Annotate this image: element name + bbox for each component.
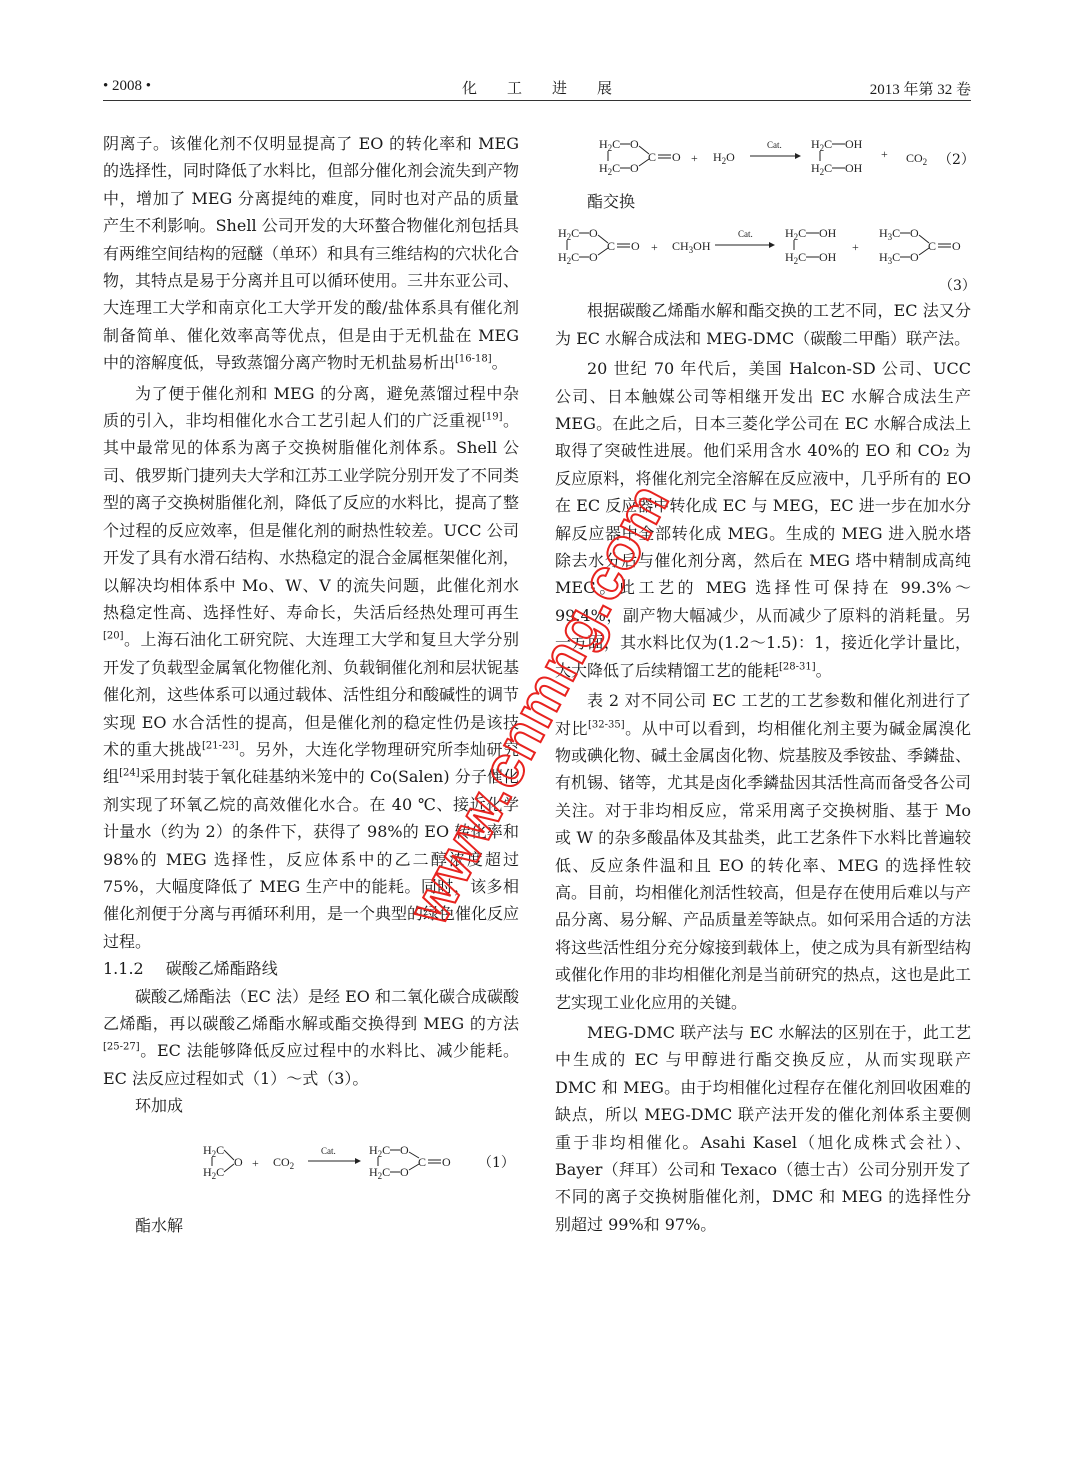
citation: [19] <box>482 412 503 423</box>
svg-text:H2C: H2C <box>785 226 806 242</box>
equation-number: （1） <box>478 1150 515 1177</box>
svg-text:Cat.: Cat. <box>321 1146 336 1156</box>
svg-text:O: O <box>631 239 640 253</box>
svg-text:CH3OH: CH3OH <box>672 239 711 255</box>
volume-info: 2013 年第 32 卷 <box>870 78 971 99</box>
svg-text:O: O <box>952 239 961 253</box>
paragraph-continued: 阴离子。该催化剂不仅明显提高了 EO 的转化率和 MEG 的选择性，同时降低了水… <box>103 130 519 377</box>
svg-text:H2C: H2C <box>203 1143 224 1159</box>
paragraph-ec-split: 根据碳酸乙烯酯水解和酯交换的工艺不同，EC 法又分为 EC 水解合成法和 MEG… <box>555 297 971 352</box>
paragraph-ec-method: 碳酸乙烯酯法（EC 法）是经 EO 和二氧化碳合成碳酸乙烯酯，再以碳酸乙烯酯水解… <box>103 983 519 1093</box>
svg-text:OH: OH <box>819 226 837 240</box>
hydrolysis-reaction-diagram: H2C H2C O O C O + H2O Cat. H2C H2C OH OH <box>555 130 971 186</box>
left-column: 阴离子。该催化剂不仅明显提高了 EO 的转化率和 MEG 的选择性，同时降低了水… <box>103 130 519 1239</box>
label-hydrolysis: 酯水解 <box>103 1212 519 1239</box>
svg-text:O: O <box>589 226 598 240</box>
svg-text:O: O <box>234 1155 243 1169</box>
svg-text:Cat.: Cat. <box>767 140 782 150</box>
citation: [25-27] <box>103 1042 140 1053</box>
svg-text:O: O <box>400 1165 409 1179</box>
label-cycloaddition: 环加成 <box>103 1092 519 1119</box>
svg-text:H2C: H2C <box>785 250 806 266</box>
right-column: H2C H2C O O C O + H2O Cat. H2C H2C OH OH <box>555 130 971 1238</box>
equation-3: H2C H2C O O C O + CH3OH Cat. H2C H2C OH … <box>555 215 971 293</box>
svg-text:O: O <box>400 1143 409 1157</box>
svg-text:H2C: H2C <box>811 137 832 153</box>
paragraph-text: 。从中可以看到，均相催化剂主要为碱金属溴化物或碘化物、碱土金属卤化物、烷基胺及季… <box>555 719 971 1012</box>
citation: [28-31] <box>779 661 816 672</box>
svg-text:H3C: H3C <box>879 226 900 242</box>
citation: [20] <box>103 631 124 642</box>
cycloaddition-reaction-diagram: H2C H2C O + CO2 Cat. H2C H2C O O C O <box>103 1130 519 1190</box>
svg-text:C: C <box>928 239 936 253</box>
svg-text:OH: OH <box>845 161 863 175</box>
svg-text:+: + <box>691 151 698 165</box>
punctuation: 。 <box>492 353 508 372</box>
svg-text:+: + <box>252 1156 259 1170</box>
equation-number: （3） <box>939 273 976 300</box>
svg-text:O: O <box>630 161 639 175</box>
paragraph-text: 。EC 法能够降低反应过程中的水料比、减少能耗。EC 法反应过程如式（1）～式（… <box>103 1041 519 1087</box>
svg-text:O: O <box>630 137 639 151</box>
paragraph-text: 20 世纪 70 年代后，美国 Halcon-SD 公司、UCC 公司、日本触媒… <box>555 359 971 679</box>
svg-text:H2C: H2C <box>203 1165 224 1181</box>
paragraph-meg-dmc: MEG-DMC 联产法与 EC 水解法的区别在于，此工艺中生成的 EC 与甲醇进… <box>555 1019 971 1238</box>
paragraph-text: 。其中最常见的体系为离子交换树脂催化剂体系。Shell 公司、俄罗斯门捷列夫大学… <box>103 411 519 622</box>
svg-text:O: O <box>589 250 598 264</box>
svg-text:OH: OH <box>819 250 837 264</box>
label-transesterification: 酯交换 <box>555 188 971 215</box>
equation-2: H2C H2C O O C O + H2O Cat. H2C H2C OH OH <box>555 130 971 186</box>
punctuation: 。 <box>816 661 832 680</box>
citation: [21-23] <box>202 741 239 752</box>
svg-text:H2C: H2C <box>369 1143 390 1159</box>
svg-text:H2C: H2C <box>811 161 832 177</box>
svg-text:O: O <box>910 250 919 264</box>
equation-number: （2） <box>938 147 975 174</box>
paragraph-heterogeneous: 为了便于催化剂和 MEG 的分离，避免蒸馏过程中杂质的引入，非均相催化水合工艺引… <box>103 380 519 956</box>
svg-text:O: O <box>442 1155 451 1169</box>
svg-text:C: C <box>418 1155 426 1169</box>
svg-text:CO2: CO2 <box>273 1155 294 1171</box>
svg-text:C: C <box>648 150 656 164</box>
svg-text:C: C <box>607 239 615 253</box>
paragraph-history: 20 世纪 70 年代后，美国 Halcon-SD 公司、UCC 公司、日本触媒… <box>555 355 971 684</box>
svg-text:Cat.: Cat. <box>738 229 753 239</box>
svg-text:H2C: H2C <box>369 1165 390 1181</box>
running-header: • 2008 • 化工进展 2013 年第 32 卷 <box>103 76 971 101</box>
paragraph-text: 为了便于催化剂和 MEG 的分离，避免蒸馏过程中杂质的引入，非均相催化水合工艺引… <box>103 384 519 430</box>
section-title: 碳酸乙烯酯路线 <box>166 959 278 978</box>
svg-text:OH: OH <box>845 137 863 151</box>
paragraph-text: 碳酸乙烯酯法（EC 法）是经 EO 和二氧化碳合成碳酸乙烯酯，再以碳酸乙烯酯水解… <box>103 987 519 1033</box>
citation: [24] <box>119 768 140 779</box>
citation: [16-18] <box>455 354 492 365</box>
svg-text:H2O: H2O <box>713 150 735 166</box>
svg-text:CO2: CO2 <box>906 151 927 167</box>
citation: [32-35] <box>588 719 625 730</box>
paragraph-text: 采用封装于氧化硅基纳米笼中的 Co(Salen) 分子催化剂实现了环氧乙烷的高效… <box>103 767 519 950</box>
svg-text:H2C: H2C <box>599 137 620 153</box>
journal-title: 化工进展 <box>103 77 971 98</box>
svg-text:+: + <box>881 147 888 161</box>
section-number: 1.1.2 <box>103 959 144 978</box>
svg-text:H2C: H2C <box>558 226 579 242</box>
svg-text:O: O <box>910 226 919 240</box>
equation-1: H2C H2C O + CO2 Cat. H2C H2C O O C O <box>103 1130 519 1202</box>
svg-text:H2C: H2C <box>558 250 579 266</box>
svg-text:H3C: H3C <box>879 250 900 266</box>
transesterification-reaction-diagram: H2C H2C O O C O + CH3OH Cat. H2C H2C OH … <box>555 215 971 271</box>
svg-text:H2C: H2C <box>599 161 620 177</box>
section-heading: 1.1.2碳酸乙烯酯路线 <box>103 955 519 982</box>
paragraph-table2: 表 2 对不同公司 EC 工艺的工艺参数和催化剂进行了对比[32-35]。从中可… <box>555 687 971 1016</box>
svg-text:+: + <box>852 240 859 254</box>
svg-text:+: + <box>651 240 658 254</box>
svg-text:O: O <box>672 150 681 164</box>
paragraph-text: 阴离子。该催化剂不仅明显提高了 EO 的转化率和 MEG 的选择性，同时降低了水… <box>103 134 519 372</box>
